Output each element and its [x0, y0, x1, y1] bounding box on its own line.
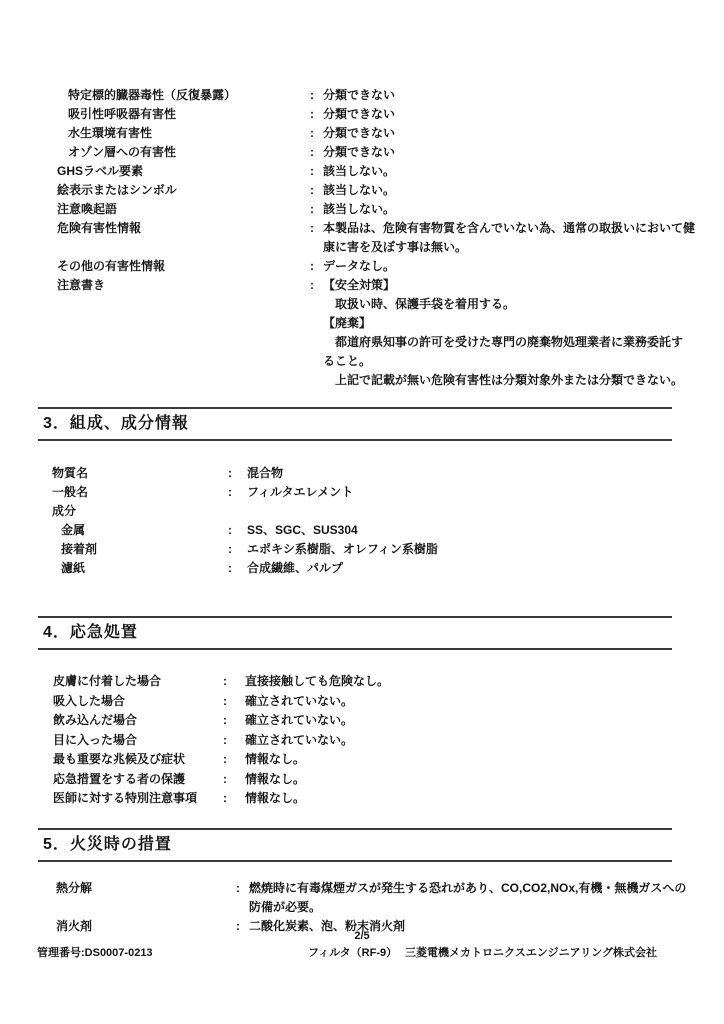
field-label: 熱分解 — [56, 879, 236, 898]
field-colon: : — [310, 124, 323, 143]
field-value: 本製品は、危険有害物質を含んでいない為、通常の取扱いにおいて健康に害を及ぼす事は… — [323, 219, 697, 257]
field-label: 注意書き — [57, 276, 310, 295]
field-row: 成分 — [52, 502, 724, 521]
field-label: 金属 — [52, 521, 228, 540]
field-label: 特定標的臓器毒性（反復暴露） — [57, 86, 310, 105]
field-row: 皮膚に付着した場合 : 直接接触しても危険なし。 — [53, 672, 724, 692]
field-colon: : — [228, 483, 247, 502]
field-value: 該当しない。 — [323, 162, 697, 181]
field-label: オゾン層への有害性 — [57, 143, 310, 162]
field-colon: : — [310, 181, 323, 200]
field-colon: : — [223, 711, 245, 731]
field-colon: : — [310, 105, 323, 124]
field-colon: : — [223, 750, 245, 770]
section-fire-fighting: 5．火災時の措置 熱分解 : 燃焼時に有毒煤煙ガスが発生する恐れがあり、CO,C… — [0, 828, 724, 936]
section-first-aid: 4．応急処置 皮膚に付着した場合 : 直接接触しても危険なし。 吸入した場合 :… — [0, 616, 724, 809]
field-row: 接着剤 : エポキシ系樹脂、オレフィン系樹脂 — [52, 540, 724, 559]
field-row: 注意喚起語 : 該当しない。 — [57, 200, 724, 219]
field-colon: : — [223, 731, 245, 751]
field-value: 分類できない — [323, 143, 697, 162]
field-colon: : — [228, 464, 247, 483]
field-label: 吸引性呼吸器有害性 — [57, 105, 310, 124]
note-line: 都道府県知事の許可を受けた専門の廃棄物処理業者に業務委託すること。 — [323, 333, 693, 371]
field-value: 直接接触しても危険なし。 — [245, 672, 675, 692]
field-value: エポキシ系樹脂、オレフィン系樹脂 — [247, 540, 677, 559]
field-colon: : — [236, 879, 249, 898]
field-value: 情報なし。 — [245, 750, 675, 770]
section-3-rows: 物質名 : 混合物 一般名 : フィルタエレメント 成分 金属 : SS、SGC… — [0, 464, 724, 578]
field-colon: : — [310, 162, 323, 181]
section-3-heading: 3．組成、成分情報 — [38, 407, 672, 441]
note-line: 【廃棄】 — [323, 314, 693, 333]
field-label: 最も重要な兆候及び症状 — [53, 750, 223, 770]
field-row-precautions: 注意書き : 【安全対策】 取扱い時、保護手袋を着用する。 【廃棄】 都道府県知… — [57, 276, 724, 390]
field-value: 分類できない — [323, 124, 697, 143]
field-colon: : — [310, 86, 323, 105]
field-label: 飲み込んだ場合 — [53, 711, 223, 731]
field-value: 情報なし。 — [245, 789, 675, 809]
field-row: オゾン層への有害性 : 分類できない — [57, 143, 724, 162]
field-row: 絵表示またはシンボル : 該当しない。 — [57, 181, 724, 200]
section-5-heading: 5．火災時の措置 — [38, 828, 672, 862]
field-label: 危険有害性情報 — [57, 219, 310, 238]
field-colon: : — [223, 770, 245, 790]
field-row: 医師に対する特別注意事項 : 情報なし。 — [53, 789, 724, 809]
field-colon: : — [310, 257, 323, 276]
field-row: 熱分解 : 燃焼時に有毒煤煙ガスが発生する恐れがあり、CO,CO2,NOx,有機… — [56, 879, 724, 917]
field-label: 濾紙 — [52, 559, 228, 578]
field-colon: : — [223, 789, 245, 809]
field-label: 接着剤 — [52, 540, 228, 559]
field-colon: : — [228, 559, 247, 578]
field-label: 応急措置をする者の保護 — [53, 770, 223, 790]
field-row: 物質名 : 混合物 — [52, 464, 724, 483]
field-row: 吸入した場合 : 確立されていない。 — [53, 692, 724, 712]
section-composition: 3．組成、成分情報 物質名 : 混合物 一般名 : フィルタエレメント 成分 金… — [0, 407, 724, 578]
field-row: 危険有害性情報 : 本製品は、危険有害物質を含んでいない為、通常の取扱いにおいて… — [57, 219, 724, 257]
field-label: 皮膚に付着した場合 — [53, 672, 223, 692]
field-value: フィルタエレメント — [247, 483, 677, 502]
note-line: 【安全対策】 — [323, 276, 693, 295]
sds-document-page: 特定標的臓器毒性（反復暴露） : 分類できない 吸引性呼吸器有害性 : 分類でき… — [0, 0, 724, 1024]
field-colon: : — [228, 540, 247, 559]
field-value: 混合物 — [247, 464, 677, 483]
field-label: 一般名 — [52, 483, 228, 502]
field-row: GHSラベル要素 : 該当しない。 — [57, 162, 724, 181]
field-row: 濾紙 : 合成繊維、パルプ — [52, 559, 724, 578]
field-label: 絵表示またはシンボル — [57, 181, 310, 200]
section-5-rows: 熱分解 : 燃焼時に有毒煤煙ガスが発生する恐れがあり、CO,CO2,NOx,有機… — [0, 879, 724, 936]
field-row: 特定標的臓器毒性（反復暴露） : 分類できない — [57, 86, 724, 105]
field-label: その他の有害性情報 — [57, 257, 310, 276]
field-colon: : — [310, 276, 323, 295]
field-value: 分類できない — [323, 105, 697, 124]
field-row: 応急措置をする者の保護 : 情報なし。 — [53, 770, 724, 790]
field-value: 情報なし。 — [245, 770, 675, 790]
footer-company-name: 三菱電機メカトロニクスエンジニアリング株式会社 — [405, 946, 657, 961]
footer-product-name: フィルタ（RF-9） — [308, 946, 397, 961]
field-colon: : — [310, 143, 323, 162]
field-label: 物質名 — [52, 464, 228, 483]
field-row: 目に入った場合 : 確立されていない。 — [53, 731, 724, 751]
section-hazard-identification: 特定標的臓器毒性（反復暴露） : 分類できない 吸引性呼吸器有害性 : 分類でき… — [0, 86, 724, 390]
field-value: データなし。 — [323, 257, 697, 276]
precaution-notes: 【安全対策】 取扱い時、保護手袋を着用する。 【廃棄】 都道府県知事の許可を受け… — [323, 276, 693, 390]
field-colon: : — [223, 672, 245, 692]
field-value: 合成繊維、パルプ — [247, 559, 677, 578]
field-colon: : — [223, 692, 245, 712]
section-4-rows: 皮膚に付着した場合 : 直接接触しても危険なし。 吸入した場合 : 確立されてい… — [0, 672, 724, 809]
field-row: 最も重要な兆候及び症状 : 情報なし。 — [53, 750, 724, 770]
field-row: 一般名 : フィルタエレメント — [52, 483, 724, 502]
field-label: 水生環境有害性 — [57, 124, 310, 143]
field-row: 水生環境有害性 : 分類できない — [57, 124, 724, 143]
field-value: 燃焼時に有毒煤煙ガスが発生する恐れがあり、CO,CO2,NOx,有機・無機ガスへ… — [249, 879, 687, 917]
field-value: 確立されていない。 — [245, 692, 675, 712]
field-colon: : — [310, 200, 323, 219]
field-row: 吸引性呼吸器有害性 : 分類できない — [57, 105, 724, 124]
note-line: 取扱い時、保護手袋を着用する。 — [323, 295, 693, 314]
field-value: 分類できない — [323, 86, 697, 105]
note-line: 上記で記載が無い危険有害性は分類対象外または分類できない。 — [323, 371, 693, 390]
field-value: 該当しない。 — [323, 200, 697, 219]
field-label: 吸入した場合 — [53, 692, 223, 712]
field-row: その他の有害性情報 : データなし。 — [57, 257, 724, 276]
field-colon: : — [228, 521, 247, 540]
field-row: 金属 : SS、SGC、SUS304 — [52, 521, 724, 540]
field-label: 医師に対する特別注意事項 — [53, 789, 223, 809]
field-label: 注意喚起語 — [57, 200, 310, 219]
field-value: 確立されていない。 — [245, 731, 675, 751]
footer-doc-number: 管理番号:DS0007-0213 — [37, 946, 153, 961]
field-value: SS、SGC、SUS304 — [247, 521, 677, 540]
field-value: 該当しない。 — [323, 181, 697, 200]
field-label: GHSラベル要素 — [57, 162, 310, 181]
field-label: 成分 — [52, 502, 228, 521]
section-4-heading: 4．応急処置 — [38, 616, 672, 650]
field-value: 確立されていない。 — [245, 711, 675, 731]
page-number: 2/5 — [0, 929, 724, 944]
field-colon: : — [310, 219, 323, 238]
field-row: 飲み込んだ場合 : 確立されていない。 — [53, 711, 724, 731]
field-label: 目に入った場合 — [53, 731, 223, 751]
